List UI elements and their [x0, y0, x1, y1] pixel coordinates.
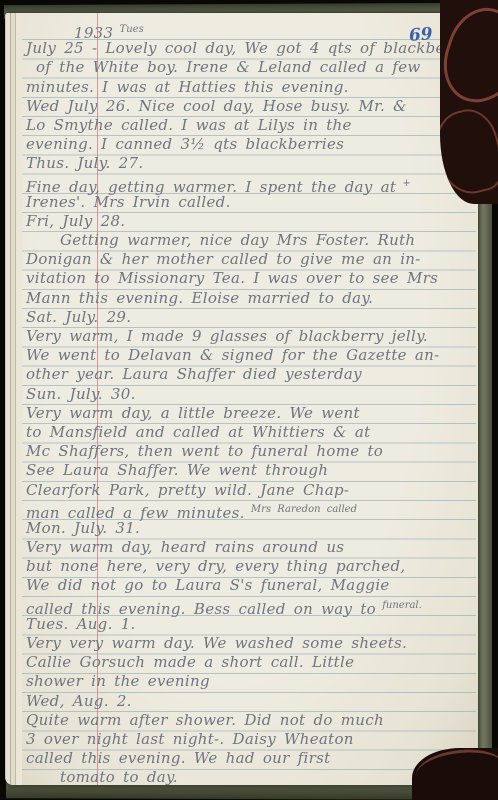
diary-line: Callie Gorsuch made a short call. Little: [26, 653, 474, 672]
diary-line-text: Mc Shaffers, then went to funeral home t…: [26, 442, 383, 460]
diary-line-text: Very very warm day. We washed some sheet…: [26, 634, 407, 652]
diary-line: to Mansfield and called at Whittiers & a…: [26, 423, 474, 442]
diary-line: called this evening. Bess called on way …: [26, 596, 474, 615]
diary-line: 1933 Tues: [26, 20, 474, 39]
diary-line-note: funeral.: [376, 600, 422, 611]
diary-line: tomato to day.: [26, 768, 474, 787]
diary-line: Very warm day, a little breeze. We went: [26, 404, 474, 423]
diary-line: Sat. July. 29.: [26, 308, 474, 327]
diary-line-text: other year. Laura Shaffer died yesterday: [26, 365, 362, 383]
diary-line-text: Lo Smythe called. I was at Lilys in the: [26, 116, 352, 134]
diary-line: Fri, July 28.: [26, 212, 474, 231]
diary-line: Mon. July. 31.: [26, 519, 474, 538]
diary-line-text: minutes. I was at Hatties this evening.: [26, 78, 349, 96]
diary-line-note: +: [396, 178, 411, 189]
diary-line-text: evening. I canned 3½ qts blackberries: [26, 135, 344, 153]
diary-line: vitation to Missionary Tea. I was over t…: [26, 269, 474, 288]
diary-line-text: Mann this evening. Eloise married to day…: [26, 289, 373, 307]
diary-line-text: Sat. July. 29.: [26, 308, 131, 326]
diary-line-text: of the White boy. Irene & Leland called …: [36, 58, 421, 76]
diary-line-text: 3 over night last night-. Daisy Wheaton: [26, 730, 354, 748]
diary-line-text: Irenes'. Mrs Irvin called.: [26, 193, 231, 211]
diary-line: Mc Shaffers, then went to funeral home t…: [26, 442, 474, 461]
diary-line: other year. Laura Shaffer died yesterday: [26, 365, 474, 384]
diary-line-text: Tues. Aug. 1.: [26, 615, 136, 633]
diary-line: We went to Delavan & signed for the Gaze…: [26, 346, 474, 365]
diary-lines: 1933 TuesJuly 25 - Lovely cool day, We g…: [26, 20, 474, 788]
diary-line: but none here, very dry, every thing par…: [26, 557, 474, 576]
diary-line: Very very warm day. We washed some sheet…: [26, 634, 474, 653]
diary-line-text: vitation to Missionary Tea. I was over t…: [26, 269, 438, 287]
diary-line: shower in the evening: [26, 672, 474, 691]
diary-line-text: Donigan & her mother called to give me a…: [26, 250, 421, 268]
diary-line: called this evening. We had our first: [26, 749, 474, 768]
diary-line: See Laura Shaffer. We went through: [26, 461, 474, 480]
diary-line-text: Clearfork Park, pretty wild. Jane Chap-: [26, 481, 349, 499]
diary-line: July 25 - Lovely cool day, We got 4 qts …: [26, 39, 474, 58]
book-cloth-edge-right: [476, 196, 492, 786]
diary-line-text: We went to Delavan & signed for the Gaze…: [26, 346, 440, 364]
diary-line-text: We did not go to Laura S's funeral, Magg…: [26, 576, 390, 594]
diary-line-note: Tues: [113, 24, 143, 35]
diary-line: Quite warm after shower. Did not do much: [26, 711, 474, 730]
diary-line: 3 over night last night-. Daisy Wheaton: [26, 730, 474, 749]
diary-line-text: Mon. July. 31.: [26, 519, 140, 537]
diary-line: Very warm day, heard rains around us: [26, 538, 474, 557]
diary-line-text: Very warm day, heard rains around us: [26, 538, 344, 556]
diary-line-text: Wed July 26. Nice cool day, Hose busy. M…: [26, 97, 407, 115]
diary-line: Donigan & her mother called to give me a…: [26, 250, 474, 269]
diary-line: minutes. I was at Hatties this evening.: [26, 78, 474, 97]
diary-line: Sun. July. 30.: [26, 385, 474, 404]
diary-line-text: Very warm day, a little breeze. We went: [26, 404, 360, 422]
diary-line: Thus. July. 27.: [26, 154, 474, 173]
leather-cover-corner-top-right: [440, 0, 498, 204]
diary-line: Clearfork Park, pretty wild. Jane Chap-: [26, 481, 474, 500]
diary-line: Wed July 26. Nice cool day, Hose busy. M…: [26, 97, 474, 116]
diary-line: Fine day, getting warmer. I spent the da…: [26, 174, 474, 193]
diary-line: of the White boy. Irene & Leland called …: [26, 58, 474, 77]
diary-line-text: Wed, Aug. 2.: [26, 692, 132, 710]
diary-line-text: called this evening. We had our first: [26, 749, 330, 767]
diary-line: Wed, Aug. 2.: [26, 692, 474, 711]
diary-line-text: Getting warmer, nice day Mrs Foster. Rut…: [60, 231, 415, 249]
diary-line-text: Quite warm after shower. Did not do much: [26, 711, 384, 729]
diary-page: 69 1933 TuesJuly 25 - Lovely cool day, W…: [5, 13, 478, 785]
diary-line-text: Thus. July. 27.: [26, 154, 143, 172]
diary-line-text: Sun. July. 30.: [26, 385, 136, 403]
diary-line-text: to Mansfield and called at Whittiers & a…: [26, 423, 370, 441]
diary-line-text: Fri, July 28.: [26, 212, 125, 230]
diary-line-text: tomato to day.: [60, 768, 178, 786]
diary-line-text: See Laura Shaffer. We went through: [26, 461, 328, 479]
diary-line: Mann this evening. Eloise married to day…: [26, 289, 474, 308]
diary-line: evening. I canned 3½ qts blackberries: [26, 135, 474, 154]
diary-line: Getting warmer, nice day Mrs Foster. Rut…: [26, 231, 474, 250]
diary-line-text: shower in the evening: [26, 672, 210, 690]
diary-line: We did not go to Laura S's funeral, Magg…: [26, 576, 474, 595]
diary-line-text: Callie Gorsuch made a short call. Little: [26, 653, 354, 671]
stacked-page-edges: [5, 13, 22, 785]
diary-line-text: but none here, very dry, every thing par…: [26, 557, 405, 575]
diary-line: man called a few minutes. Mrs Raredon ca…: [26, 500, 474, 519]
diary-line: Very warm, I made 9 glasses of blackberr…: [26, 327, 474, 346]
diary-line-note: Mrs Raredon called: [245, 504, 357, 515]
diary-line: Lo Smythe called. I was at Lilys in the: [26, 116, 474, 135]
page-number: 69: [408, 24, 433, 46]
diary-line-text: Very warm, I made 9 glasses of blackberr…: [26, 327, 428, 345]
diary-photo: 69 1933 TuesJuly 25 - Lovely cool day, W…: [0, 0, 498, 800]
